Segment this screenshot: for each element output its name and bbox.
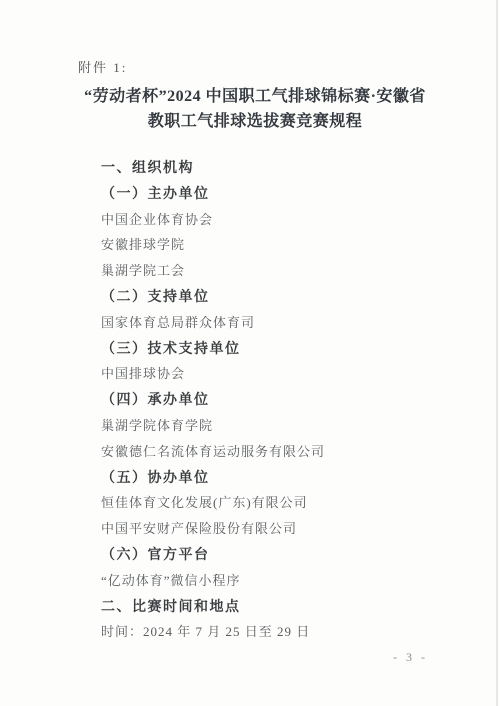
body-line: 中国排球协会 — [101, 361, 480, 387]
body-line: 中国企业体育协会 — [101, 207, 480, 233]
document-body: 一、组织机构（一）主办单位中国企业体育协会安徽排球学院巢湖学院工会（二）支持单位… — [101, 155, 480, 645]
body-line: 恒佳体育文化发展(广东)有限公司 — [101, 490, 480, 516]
body-line: 安徽德仁名流体育运动服务有限公司 — [101, 439, 480, 465]
subsection-heading-co-organizer-units: （五）协办单位 — [101, 465, 480, 491]
body-line-time: 时间：2024 年 7 月 25 日至 29 日 — [101, 619, 480, 645]
subsection-heading-host-units: （一）主办单位 — [101, 181, 480, 207]
subsection-heading-technical-support-units: （三）技术支持单位 — [101, 336, 480, 362]
document-title-line-2: 教职工气排球选拔赛竞赛规程 — [40, 109, 470, 134]
body-line: “亿动体育”微信小程序 — [101, 568, 480, 594]
section-heading-organization: 一、组织机构 — [101, 155, 480, 181]
body-line: 巢湖学院工会 — [101, 258, 480, 284]
page-number: - 3 - — [393, 650, 428, 665]
scan-edge-artifact — [496, 0, 498, 706]
subsection-heading-organizer-units: （四）承办单位 — [101, 387, 480, 413]
document-title-line-1: “劳动者杯”2024 中国职工气排球锦标赛·安徽省 — [40, 84, 470, 109]
document-title: “劳动者杯”2024 中国职工气排球锦标赛·安徽省 教职工气排球选拔赛竞赛规程 — [40, 84, 470, 134]
scanned-document-page: 附件 1: “劳动者杯”2024 中国职工气排球锦标赛·安徽省 教职工气排球选拔… — [0, 0, 500, 706]
body-line: 安徽排球学院 — [101, 232, 480, 258]
body-line: 巢湖学院体育学院 — [101, 413, 480, 439]
section-heading-time-and-place: 二、比赛时间和地点 — [101, 594, 480, 620]
body-line: 国家体育总局群众体育司 — [101, 310, 480, 336]
subsection-heading-official-platform: （六）官方平台 — [101, 542, 480, 568]
body-line: 中国平安财产保险股份有限公司 — [101, 516, 480, 542]
attachment-label: 附件 1: — [78, 57, 127, 76]
subsection-heading-support-units: （二）支持单位 — [101, 284, 480, 310]
